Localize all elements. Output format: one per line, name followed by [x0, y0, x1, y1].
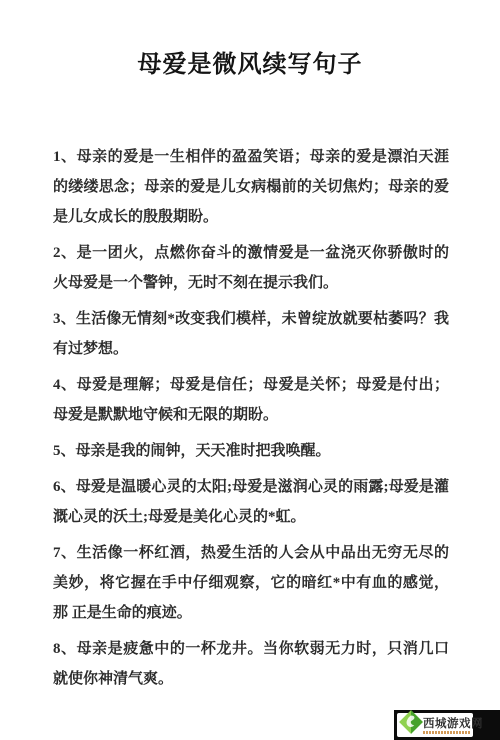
list-item: 6、母爱是温暖心灵的太阳;母爱是滋润心灵的雨露;母爱是灌 溉心灵的沃土;母爱是美… [53, 472, 449, 532]
watermark-subtext-strip [423, 731, 470, 734]
page-title: 母爱是微风续写句子 [0, 44, 500, 79]
list-item: 5、母亲是我的闹钟，天天准时把我唤醒。 [53, 436, 449, 466]
list-item: 4、母爱是理解；母爱是信任；母爱是关怀；母爱是付出； 母爱是默默地守候和无限的期… [53, 370, 449, 430]
list-item: 1、母亲的爱是一生相伴的盈盈笑语；母亲的爱是漂泊天涯 的缕缕思念；母亲的爱是儿女… [53, 142, 449, 232]
gem-icon [398, 709, 424, 735]
list-item: 2、是一团火，点燃你奋斗的激情爱是一盆浇灭你骄傲时的 火母爱是一个警钟，无时不刻… [53, 238, 449, 298]
watermark-chip: 西城游戏网 [397, 713, 473, 737]
sentence-list: 1、母亲的爱是一生相伴的盈盈笑语；母亲的爱是漂泊天涯 的缕缕思念；母亲的爱是儿女… [53, 142, 449, 700]
watermark-site-name: 西城游戏网 [423, 715, 483, 731]
list-item: 7、生活像一杯红酒，热爱生活的人会从中品出无穷无尽的 美妙，将它握在手中仔细观察… [53, 538, 449, 628]
document-page: 母爱是微风续写句子 1、母亲的爱是一生相伴的盈盈笑语；母亲的爱是漂泊天涯 的缕缕… [0, 0, 500, 740]
watermark-badge: 西城游戏网 [394, 710, 500, 740]
list-item: 8、母亲是疲惫中的一杯龙井。当你软弱无力时，只消几口 就使你神清气爽。 [53, 634, 449, 694]
list-item: 3、生活像无情刻*改变我们模样，未曾绽放就要枯萎吗？我 有过梦想。 [53, 304, 449, 364]
